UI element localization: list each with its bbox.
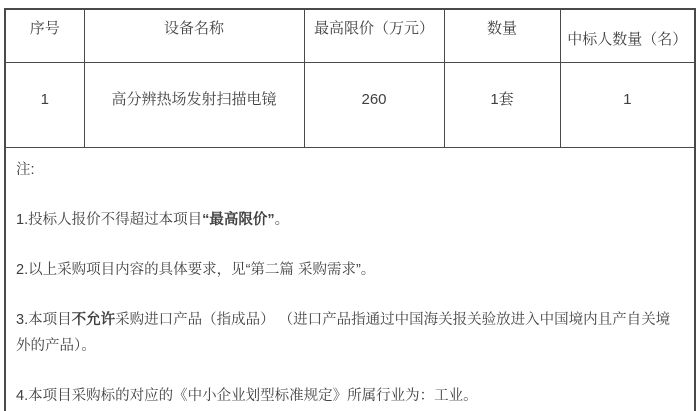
note-3-post: 采购进口产品（指成品） （进口产品指通过中国海关报关验放进入中国境内且产自关境外… xyxy=(16,312,670,354)
note-1-post: 。 xyxy=(275,212,290,228)
note-3-pre: 3.本项目 xyxy=(16,312,72,328)
cell-device-name: 高分辨热场发射扫描电镜 xyxy=(84,62,304,147)
cell-winner-count: 1 xyxy=(560,62,695,147)
procurement-table: 序号 设备名称 最高限价（万元） 数量 中标人数量（名） 1 高分辨热场发射扫描… xyxy=(4,8,696,411)
header-max-price: 最高限价（万元） xyxy=(304,9,444,62)
note-4-pre: 4.本项目采购标的对应的《中小企业划型标准规定》所属行业为：工业。 xyxy=(16,388,478,404)
notes-label: 注: xyxy=(16,157,682,183)
cell-max-price: 260 xyxy=(304,62,444,147)
header-winner-count: 中标人数量（名） xyxy=(560,9,695,62)
note-1: 1.投标人报价不得超过本项目“最高限价”。 xyxy=(16,207,682,233)
note-2-pre: 2.以上采购项目内容的具体要求，见“第二篇 采购需求”。 xyxy=(16,262,375,278)
header-row: 序号 设备名称 最高限价（万元） 数量 中标人数量（名） xyxy=(5,9,695,62)
cell-seq: 1 xyxy=(5,62,84,147)
note-4: 4.本项目采购标的对应的《中小企业划型标准规定》所属行业为：工业。 xyxy=(16,383,682,409)
note-1-pre: 1.投标人报价不得超过本项目 xyxy=(16,212,202,228)
note-3-bold: 不允许 xyxy=(72,312,116,328)
header-device-name: 设备名称 xyxy=(84,9,304,62)
note-1-bold: “最高限价” xyxy=(202,212,275,228)
cell-quantity: 1套 xyxy=(444,62,560,147)
notes-cell: 注: 1.投标人报价不得超过本项目“最高限价”。 2.以上采购项目内容的具体要求… xyxy=(5,147,695,411)
notes-row: 注: 1.投标人报价不得超过本项目“最高限价”。 2.以上采购项目内容的具体要求… xyxy=(5,147,695,411)
table-row: 1 高分辨热场发射扫描电镜 260 1套 1 xyxy=(5,62,695,147)
header-seq: 序号 xyxy=(5,9,84,62)
note-2: 2.以上采购项目内容的具体要求，见“第二篇 采购需求”。 xyxy=(16,257,682,283)
header-quantity: 数量 xyxy=(444,9,560,62)
note-3: 3.本项目不允许采购进口产品（指成品） （进口产品指通过中国海关报关验放进入中国… xyxy=(16,307,682,359)
